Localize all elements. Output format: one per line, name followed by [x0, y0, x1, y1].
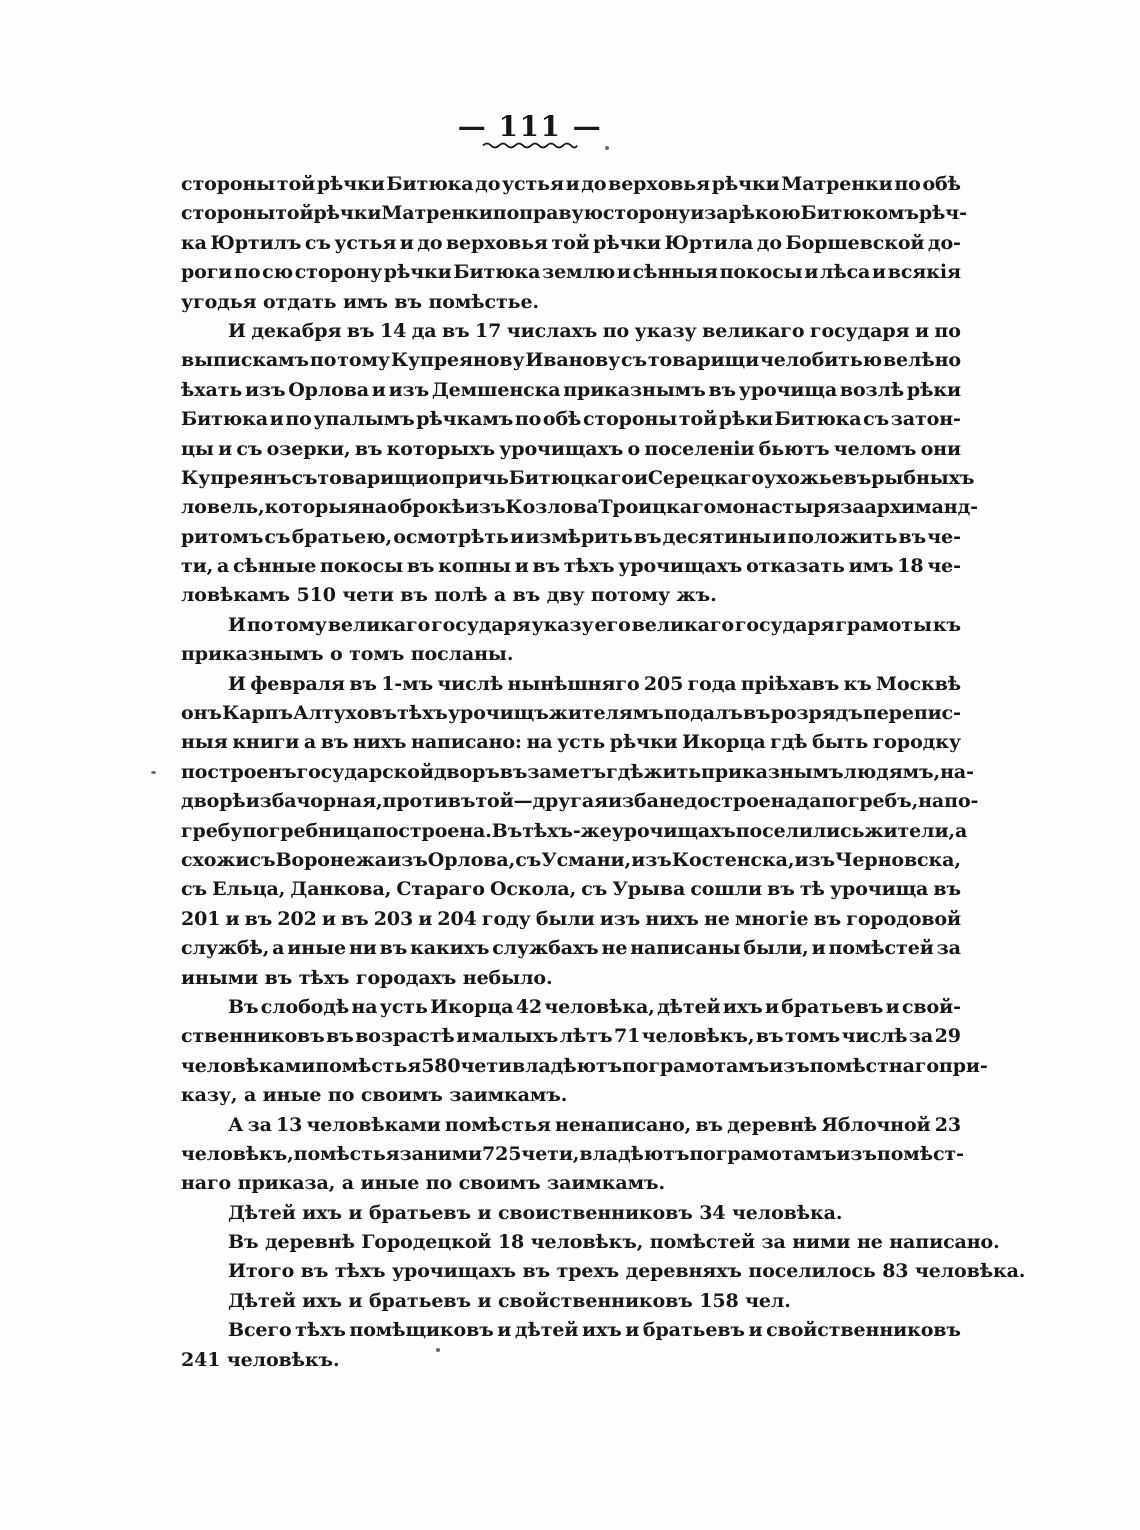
text-line: ловѣкамъ 510 чети въ полѣ а въ дву потом… — [181, 581, 961, 610]
word: десятины — [663, 523, 771, 552]
word: 580 — [421, 1052, 460, 1081]
paragraph: Дѣтей ихъ и братьевъ и своиственниковъ 3… — [181, 1199, 961, 1228]
word: и — [625, 1316, 639, 1345]
word: въ — [708, 376, 736, 405]
word: рѣчки — [593, 229, 661, 258]
word: землю — [542, 258, 615, 287]
word: рѣчки — [313, 199, 381, 228]
text-line: схожисъВоронежаизъОрлова,съУсмани,изъКос… — [181, 846, 961, 875]
word: Орлова, — [428, 846, 515, 875]
word: Демшенска — [432, 376, 561, 405]
word: людямъ, — [844, 758, 941, 787]
word: велѣно — [883, 346, 961, 375]
word: 71 — [614, 1022, 640, 1051]
word: помѣстья — [315, 1052, 421, 1081]
word: Яблочной — [821, 1111, 930, 1140]
word: урочищъ — [448, 699, 549, 728]
word: великаго — [328, 611, 430, 640]
paragraph: сторонытойрѣчкиБитюкадоустьяидоверховьяр… — [181, 170, 961, 317]
word: ихъ — [582, 1316, 622, 1345]
word: ненаписано, — [555, 1111, 691, 1140]
word: урочищахъ — [612, 817, 736, 846]
text-line: приказнымъ о томъ посланы. — [181, 640, 961, 669]
word: ка — [181, 229, 207, 258]
word: выпискамъ — [181, 346, 309, 375]
word: братьевъ — [643, 1316, 745, 1345]
text-line: Идекабрявъ14давъ17числахъпоуказувеликаго… — [181, 317, 961, 346]
word: помѣстья — [294, 1140, 400, 1169]
word: съ — [863, 405, 889, 434]
word: че- — [927, 523, 961, 552]
text-line: 241 человѣкъ. — [181, 1346, 961, 1375]
word: въ — [814, 905, 842, 934]
word: Троицкаго — [598, 493, 716, 522]
word: сошли — [690, 875, 762, 904]
scan-speck — [436, 1348, 440, 1352]
word: обѣ — [543, 405, 581, 434]
word: о — [627, 435, 640, 464]
word: 23 — [935, 1111, 961, 1140]
word: въ — [533, 552, 561, 581]
word: а — [217, 552, 229, 581]
word: съ — [305, 229, 331, 258]
scan-speck — [151, 771, 156, 774]
word: государя — [431, 611, 531, 640]
word: да — [797, 787, 822, 816]
word: Икорца — [682, 728, 765, 757]
word: 1-мъ — [381, 670, 433, 699]
word: Иванову — [525, 346, 620, 375]
word: Стараго — [396, 875, 484, 904]
paragraph: Дѣтей ихъ и братьевъ и свойственниковъ 1… — [181, 1287, 961, 1316]
word: цы — [181, 435, 214, 464]
word: 17 — [475, 317, 501, 346]
text-line: построенъгосударскойдворъвъзаметъгдѣжить… — [181, 758, 961, 787]
word: ихъ — [723, 993, 763, 1022]
word: помѣщиковъ — [349, 1316, 493, 1345]
word: на — [351, 993, 377, 1022]
word: усть — [380, 993, 428, 1022]
word: числѣ — [437, 670, 503, 699]
word: Купреянову — [391, 346, 525, 375]
word: до — [475, 170, 500, 199]
word: той — [277, 170, 315, 199]
word: и — [886, 993, 900, 1022]
word: къ — [933, 611, 961, 640]
word: имъ — [849, 552, 894, 581]
word: оброкѣ — [387, 493, 465, 522]
word: до — [417, 229, 442, 258]
word: Битюцкаго — [509, 464, 634, 493]
text-line: человѣкъ,помѣстьязаними725чети,владѣютъп… — [181, 1140, 961, 1169]
word: И — [228, 317, 246, 346]
word: дворѣ — [181, 787, 246, 816]
word: на- — [940, 758, 974, 787]
word: службѣ, — [181, 934, 269, 963]
word: и — [400, 229, 414, 258]
word: не — [602, 934, 628, 963]
word: рѣки — [719, 405, 773, 434]
word: въ — [442, 317, 470, 346]
page-header: — 111 — — [400, 112, 660, 150]
text-line: КупреянъсътоварищиопричьБитюцкагоиСерецк… — [181, 464, 961, 493]
word: той—другая — [475, 787, 608, 816]
word: чети — [461, 1052, 512, 1081]
word: 202 — [277, 905, 316, 934]
word: тѣхъ-же — [522, 817, 612, 846]
word: при- — [939, 1052, 988, 1081]
text-line: онъКарпъАлтуховътѣхъурочищъжителямъподал… — [181, 699, 961, 728]
word: жители, — [864, 817, 955, 846]
word: рѣчки — [712, 170, 780, 199]
word: изба — [246, 787, 297, 816]
word: въ — [767, 875, 795, 904]
text-line: Битюкаипоупалымърѣчкамъпообѣсторонытойрѣ… — [181, 405, 961, 434]
word: рѣчкамъ — [416, 405, 513, 434]
word: за — [400, 1140, 424, 1169]
text-line: наго приказа, а иные по своимъ заимкамъ. — [181, 1169, 961, 1198]
word: Битюка — [774, 405, 861, 434]
paragraph: Идекабрявъ14давъ17числахъпоуказувеликаго… — [181, 317, 961, 611]
word: указу — [635, 317, 697, 346]
text-line: рогипосюсторонурѣчкиБитюказемлюисѣнныяпо… — [181, 258, 961, 287]
word: той — [679, 405, 717, 434]
word: озерки, — [267, 435, 351, 464]
word: верховья — [446, 229, 548, 258]
word: тѣхъ — [397, 699, 448, 728]
word: человѣкъ, — [642, 1022, 755, 1051]
word: тѣ — [800, 875, 825, 904]
word: и — [270, 405, 284, 434]
word: въ — [341, 905, 369, 934]
word: роги — [181, 258, 232, 287]
word: 42 — [516, 993, 542, 1022]
word: и — [418, 905, 432, 934]
word: въ — [933, 875, 961, 904]
word: съ — [581, 875, 607, 904]
word: и — [804, 258, 818, 287]
word: за — [704, 199, 728, 228]
word: правую — [519, 199, 603, 228]
word: розрядъ — [771, 699, 863, 728]
word: изъ — [631, 846, 672, 875]
word: по — [247, 611, 273, 640]
word: братьею, — [292, 523, 392, 552]
word: помѣстья — [445, 1111, 551, 1140]
text-block: сторонытойрѣчкиБитюкадоустьяидоверховьяр… — [181, 170, 961, 1375]
word: устья — [334, 229, 396, 258]
word: сѣнные — [233, 552, 316, 581]
word: числахъ — [507, 317, 597, 346]
word: возлѣ — [840, 376, 904, 405]
word: его — [595, 611, 631, 640]
word: урочищахъ — [499, 435, 623, 464]
word: А — [228, 1111, 243, 1140]
word: И — [228, 670, 246, 699]
word: были, — [743, 934, 808, 963]
text-line: ственниковъвъвозрастѣималыхълѣтъ71человѣ… — [181, 1022, 961, 1051]
word: урочищахъ — [618, 552, 742, 581]
word: рѣки — [907, 376, 961, 405]
word: въ — [321, 728, 349, 757]
word: съ — [250, 846, 276, 875]
word: въ — [245, 905, 273, 934]
word: стороны — [583, 405, 677, 434]
word: а — [955, 817, 967, 846]
word: лѣса — [820, 258, 870, 287]
word: по — [310, 346, 336, 375]
word: положить — [787, 523, 897, 552]
text-line: угодья отдать имъ въ помѣстье. — [181, 288, 961, 317]
word: Данкова, — [290, 875, 391, 904]
word: опричь — [429, 464, 509, 493]
word: Воронежа — [276, 846, 387, 875]
word: и — [772, 523, 786, 552]
word: а — [272, 934, 284, 963]
word: за — [937, 934, 961, 963]
word: возрастѣ — [355, 1022, 455, 1051]
word: гребу — [181, 817, 242, 846]
word: построенъ — [181, 758, 297, 787]
text-line: цыисъозерки,въкоторыхъурочищахъопоселені… — [181, 435, 961, 464]
text-line: человѣкамипомѣстья580четивладѣютъпограмо… — [181, 1052, 961, 1081]
word: Битюка — [386, 170, 473, 199]
word: съ — [265, 523, 291, 552]
word: и — [812, 934, 826, 963]
word: затон- — [891, 405, 961, 434]
word: службахъ — [492, 934, 598, 963]
word: какихъ — [410, 934, 489, 963]
word: Битюка — [453, 258, 540, 287]
word: быть — [812, 728, 868, 757]
word: и — [765, 993, 779, 1022]
word: съ — [181, 875, 207, 904]
word: изъ — [465, 493, 506, 522]
word: многіе — [735, 905, 808, 934]
word: книги — [232, 728, 299, 757]
book-page: — 111 — сторонытойрѣчкиБитюкадоустьяидов… — [0, 0, 1140, 1530]
word: въ — [695, 1111, 723, 1140]
word: да — [412, 317, 437, 346]
word: которыя — [265, 493, 362, 522]
word: свойственниковъ — [766, 1316, 961, 1345]
word: противъ — [383, 787, 476, 816]
word: сю — [262, 258, 293, 287]
text-line: ѣхатьизъОрловаиизъДемшенскаприказнымъвъу… — [181, 376, 961, 405]
word: съ — [236, 435, 262, 464]
word: въ — [898, 523, 926, 552]
word: ловель, — [181, 493, 265, 522]
word: городку — [873, 728, 961, 757]
word: по- — [944, 787, 978, 816]
word: человѣками — [181, 1052, 315, 1081]
word: написаны — [630, 934, 740, 963]
text-line: иными въ тѣхъ городахъ небыло. — [181, 964, 961, 993]
word: къ — [844, 670, 872, 699]
word: архиманд- — [865, 493, 978, 522]
word: Въ — [228, 993, 258, 1022]
word: городовой — [846, 905, 961, 934]
word: подалъ — [664, 699, 743, 728]
paragraph: Въ деревнѣ Городецкой 18 человѣкъ, помѣс… — [181, 1228, 961, 1257]
word: человѣками — [306, 1111, 440, 1140]
word: указу — [532, 611, 594, 640]
word: которыхъ — [387, 435, 495, 464]
word: изъ — [795, 846, 836, 875]
word: и — [372, 376, 386, 405]
word: монастыря — [716, 493, 840, 522]
word: устья — [502, 170, 564, 199]
word: той — [275, 199, 313, 228]
word: и — [510, 523, 524, 552]
word: декабря — [251, 317, 341, 346]
word: и — [456, 1022, 470, 1051]
word: и — [226, 905, 240, 934]
word: человѣкъ, — [181, 1140, 294, 1169]
word: братьевъ — [781, 993, 883, 1022]
text-line: ныякнигиавънихънаписано:наустьрѣчкиИкорц… — [181, 728, 961, 757]
text-line: ловель,которыянаоброкѣизъКозловаТроицкаг… — [181, 493, 961, 522]
word: верховья — [608, 170, 710, 199]
word: ти, — [181, 552, 213, 581]
word: онъ — [181, 699, 222, 728]
word: великаго — [702, 317, 804, 346]
word: рѣчки — [317, 170, 385, 199]
word: челомъ — [834, 435, 917, 464]
text-line: дворѣизбачорная,противътой—другаяизбанед… — [181, 787, 961, 816]
page-number: — 111 — — [400, 112, 660, 142]
word: недостроена — [659, 787, 797, 816]
text-line: Въ деревнѣ Городецкой 18 человѣкъ, помѣс… — [181, 1228, 961, 1257]
word: были — [536, 905, 595, 934]
word: дѣтей — [657, 993, 720, 1022]
word: погребница — [242, 817, 372, 846]
word: усть — [557, 728, 605, 757]
word: жить — [643, 758, 701, 787]
word: пріѣхавъ — [741, 670, 839, 699]
word: до- — [928, 229, 961, 258]
text-line: каЮртилъсъустьяидоверховьятойрѣчкиЮртила… — [181, 229, 961, 258]
word: рѣкою — [729, 199, 801, 228]
word: 201 — [181, 905, 220, 934]
word: 14 — [380, 317, 406, 346]
word: всякія — [888, 258, 961, 287]
word: въ — [380, 934, 408, 963]
word: и — [566, 170, 580, 199]
text-line: Всеготѣхъпомѣщиковъидѣтейихъибратьевъисв… — [181, 1316, 961, 1345]
word: до — [581, 170, 606, 199]
word: изъ — [769, 1052, 810, 1081]
word: владѣютъ — [512, 1052, 622, 1081]
word: на — [526, 728, 552, 757]
word: стороны — [181, 170, 275, 199]
word: че- — [927, 552, 961, 581]
word: сторону — [295, 258, 382, 287]
word: изъ — [389, 376, 430, 405]
word: жителямъ — [549, 699, 664, 728]
word: рѣч- — [919, 199, 967, 228]
word: государской — [297, 758, 434, 787]
word: Купреянъ — [181, 464, 291, 493]
word: Икорца — [430, 993, 513, 1022]
word: сторону — [603, 199, 690, 228]
word: Всего — [228, 1316, 292, 1345]
text-line: Ифевралявъ1-мъчислѣнынѣшняго205годапріѣх… — [181, 670, 961, 699]
word: Матренки — [381, 199, 492, 228]
paragraph: ВъслободѣнаустьИкорца42человѣка,дѣтейихъ… — [181, 993, 961, 1111]
word: перепис- — [863, 699, 961, 728]
word: Оскола, — [490, 875, 576, 904]
word: дѣтей — [515, 1316, 578, 1345]
word: за — [909, 1022, 933, 1051]
word: написано: — [411, 728, 522, 757]
word: нихъ — [645, 905, 699, 934]
word: въ — [756, 1022, 784, 1051]
word: въ — [407, 552, 435, 581]
word: ритомъ — [181, 523, 263, 552]
word: по — [493, 199, 519, 228]
word: Битюка — [181, 405, 268, 434]
word: бьютъ — [759, 435, 830, 464]
word: той — [551, 229, 589, 258]
word: изъ — [600, 905, 641, 934]
word: тѣхъ — [564, 552, 615, 581]
word: и — [515, 552, 529, 581]
word: тому — [274, 611, 327, 640]
word: по — [234, 258, 260, 287]
word: по — [603, 317, 629, 346]
word: приказнымъ — [701, 758, 843, 787]
word: по — [622, 1052, 648, 1081]
word: съ — [621, 346, 647, 375]
paragraph: Аза13человѣкамипомѣстьяненаписано,въдере… — [181, 1111, 961, 1199]
word: изъ — [245, 376, 286, 405]
word: владѣютъ — [579, 1140, 689, 1169]
text-line: казу, а иные по своимъ заимкамъ. — [181, 1081, 961, 1110]
word: и — [634, 464, 648, 493]
word: и — [749, 1316, 763, 1345]
word: по — [894, 170, 920, 199]
word: а — [304, 728, 316, 757]
word: поселились — [736, 817, 865, 846]
word: И — [228, 611, 246, 640]
word: тому — [337, 346, 390, 375]
word: 18 — [897, 552, 923, 581]
word: товарищи — [317, 464, 428, 493]
word: ственниковъ — [181, 1022, 325, 1051]
paragraph: Ипотомувеликагогосударяуказуеговеликагог… — [181, 611, 961, 670]
word: покосы — [720, 258, 803, 287]
word: отказать — [746, 552, 845, 581]
word: февраля — [250, 670, 345, 699]
text-line: сторонытойрѣчкиБитюкадоустьяидоверховьяр… — [181, 170, 961, 199]
word: на — [918, 787, 944, 816]
text-line: съЕльца,Данкова,СтарагоОскола,съУрывасош… — [181, 875, 961, 904]
word: заметъ — [527, 758, 606, 787]
text-line: Дѣтей ихъ и братьевъ и своиственниковъ 3… — [181, 1199, 961, 1228]
word: и — [218, 435, 232, 464]
word: поселеніи — [644, 435, 754, 464]
word: чорная, — [297, 787, 383, 816]
word: Карпъ — [222, 699, 293, 728]
word: изъ — [387, 846, 428, 875]
word: малыхъ — [472, 1022, 559, 1051]
text-line: Дѣтей ихъ и братьевъ и свойственниковъ 1… — [181, 1287, 961, 1316]
paragraph: Итого въ тѣхъ урочищахъ въ трехъ деревня… — [181, 1257, 961, 1286]
word: рыбныхъ — [871, 464, 974, 493]
word: чети, — [521, 1140, 579, 1169]
word: Битюкомъ — [801, 199, 919, 228]
